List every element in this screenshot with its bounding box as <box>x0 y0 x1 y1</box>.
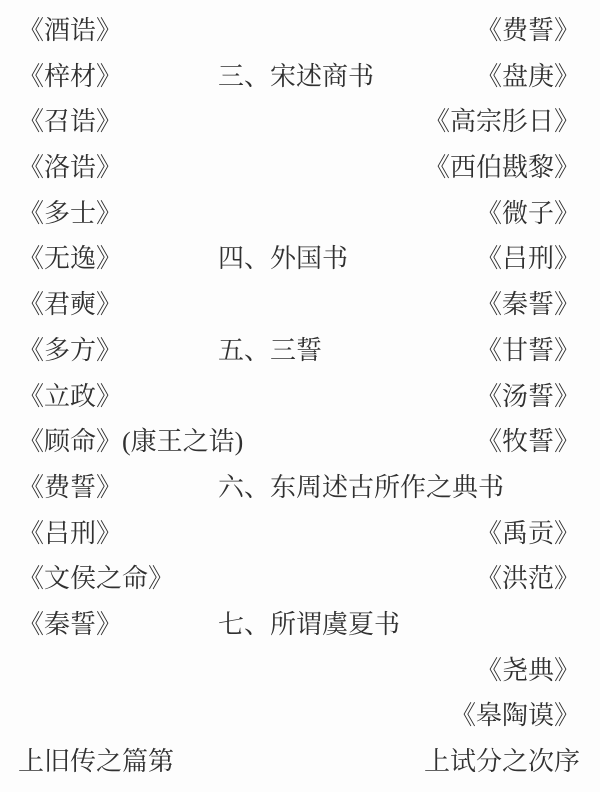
old-order-title: 《梓材》 <box>18 62 218 92</box>
old-order-title: 《立政》 <box>18 382 218 412</box>
old-order-title: 《召诰》 <box>18 107 218 137</box>
old-order-title: 《无逸》 <box>18 244 218 274</box>
entry-row: 《君奭》 《秦誓》 <box>18 290 580 336</box>
proposed-order-title: 《秦誓》 <box>476 290 580 320</box>
section-heading: 七、所谓虞夏书 <box>218 610 580 640</box>
entry-row: 《多方》 五、三誓 《甘誓》 <box>18 336 580 382</box>
entry-row: 《顾命》(康王之诰) 《牧誓》 <box>18 427 580 473</box>
proposed-order-title: 《微子》 <box>476 199 580 229</box>
footer-right-caption: 上试分之次序 <box>424 747 580 777</box>
proposed-order-title: 《费誓》 <box>476 16 580 46</box>
footer-left-caption: 上旧传之篇第 <box>18 747 174 777</box>
section-heading: 五、三誓 <box>218 336 476 366</box>
chapter-comparison-list: 《酒诰》 《费誓》 《梓材》 三、宋述商书 《盘庚》 《召诰》 《高宗肜日》 《… <box>18 16 580 747</box>
footer: 上旧传之篇第 上试分之次序 <box>18 747 580 792</box>
old-order-title: 《费誓》 <box>18 473 218 503</box>
proposed-order-title: 《甘誓》 <box>476 336 580 366</box>
old-order-title: 《文侯之命》 <box>18 564 218 594</box>
section-heading: 六、东周述古所作之典书 <box>218 473 580 503</box>
entry-row: 《多士》 《微子》 <box>18 199 580 245</box>
entry-row: 《吕刑》 《禹贡》 <box>18 519 580 565</box>
proposed-order-title: 《汤誓》 <box>476 382 580 412</box>
old-order-title: 《顾命》(康王之诰) <box>18 427 218 457</box>
old-order-title: 《秦誓》 <box>18 610 218 640</box>
proposed-order-title: 《吕刑》 <box>476 244 580 274</box>
old-order-title: 《多方》 <box>18 336 218 366</box>
entry-row: 《立政》 《汤誓》 <box>18 382 580 428</box>
proposed-order-title: 《尧典》 <box>476 656 580 686</box>
entry-row: 《无逸》 四、外国书 《吕刑》 <box>18 244 580 290</box>
proposed-order-title: 《盘庚》 <box>476 62 580 92</box>
entry-row: 《尧典》 <box>18 656 580 702</box>
proposed-order-title: 《西伯戡黎》 <box>424 153 580 183</box>
old-order-title: 《吕刑》 <box>18 519 218 549</box>
entry-row: 《费誓》 六、东周述古所作之典书 <box>18 473 580 519</box>
proposed-order-title: 《高宗肜日》 <box>424 107 580 137</box>
entry-row: 《梓材》 三、宋述商书 《盘庚》 <box>18 62 580 108</box>
entry-row: 《秦誓》 七、所谓虞夏书 <box>18 610 580 656</box>
entry-row: 《酒诰》 《费誓》 <box>18 16 580 62</box>
entry-row: 《召诰》 《高宗肜日》 <box>18 107 580 153</box>
old-order-title: 《酒诰》 <box>18 16 218 46</box>
entry-row: 《文侯之命》 《洪范》 <box>18 564 580 610</box>
proposed-order-title: 《牧誓》 <box>476 427 580 457</box>
proposed-order-title: 《禹贡》 <box>476 519 580 549</box>
entry-row: 《洛诰》 《西伯戡黎》 <box>18 153 580 199</box>
old-order-title: 《君奭》 <box>18 290 218 320</box>
section-heading: 四、外国书 <box>218 244 476 274</box>
section-heading: 三、宋述商书 <box>218 62 476 92</box>
old-order-title: 《洛诰》 <box>18 153 218 183</box>
proposed-order-title: 《洪范》 <box>476 564 580 594</box>
proposed-order-title: 《皋陶谟》 <box>450 701 580 731</box>
book-page: 《酒诰》 《费誓》 《梓材》 三、宋述商书 《盘庚》 《召诰》 《高宗肜日》 《… <box>0 0 600 792</box>
entry-row: 《皋陶谟》 <box>18 701 580 747</box>
old-order-title: 《多士》 <box>18 199 218 229</box>
